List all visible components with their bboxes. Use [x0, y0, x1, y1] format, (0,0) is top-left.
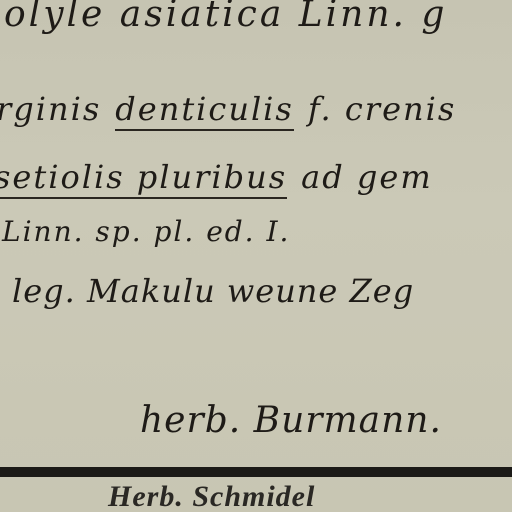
printed-herbarium-name: Herb. Schmidel — [108, 480, 315, 512]
herbarium-label-page: olyle asiatica Linn. g rginisdenticulisf… — [0, 0, 512, 512]
label-divider-rule — [0, 467, 512, 477]
word-setiolis-pluribus: setiolis pluribus — [0, 158, 287, 199]
word-crenis: f. crenis — [308, 90, 456, 128]
word-ad-gem: ad gem — [301, 158, 433, 196]
handwritten-line-setiolis: setiolis pluribusad gem — [0, 158, 447, 199]
handwritten-line-margin: rginisdenticulisf. crenis — [0, 90, 470, 131]
handwritten-signature: herb. Burmann. — [140, 400, 442, 441]
word-denticulis: denticulis — [115, 90, 294, 131]
handwritten-line-species: olyle asiatica Linn. g — [4, 0, 447, 35]
handwritten-line-reference: Linn. sp. pl. ed. I. — [2, 215, 290, 248]
word-rginis: rginis — [0, 90, 101, 128]
handwritten-line-collector: leg. Makulu weune Zeg — [12, 272, 414, 310]
